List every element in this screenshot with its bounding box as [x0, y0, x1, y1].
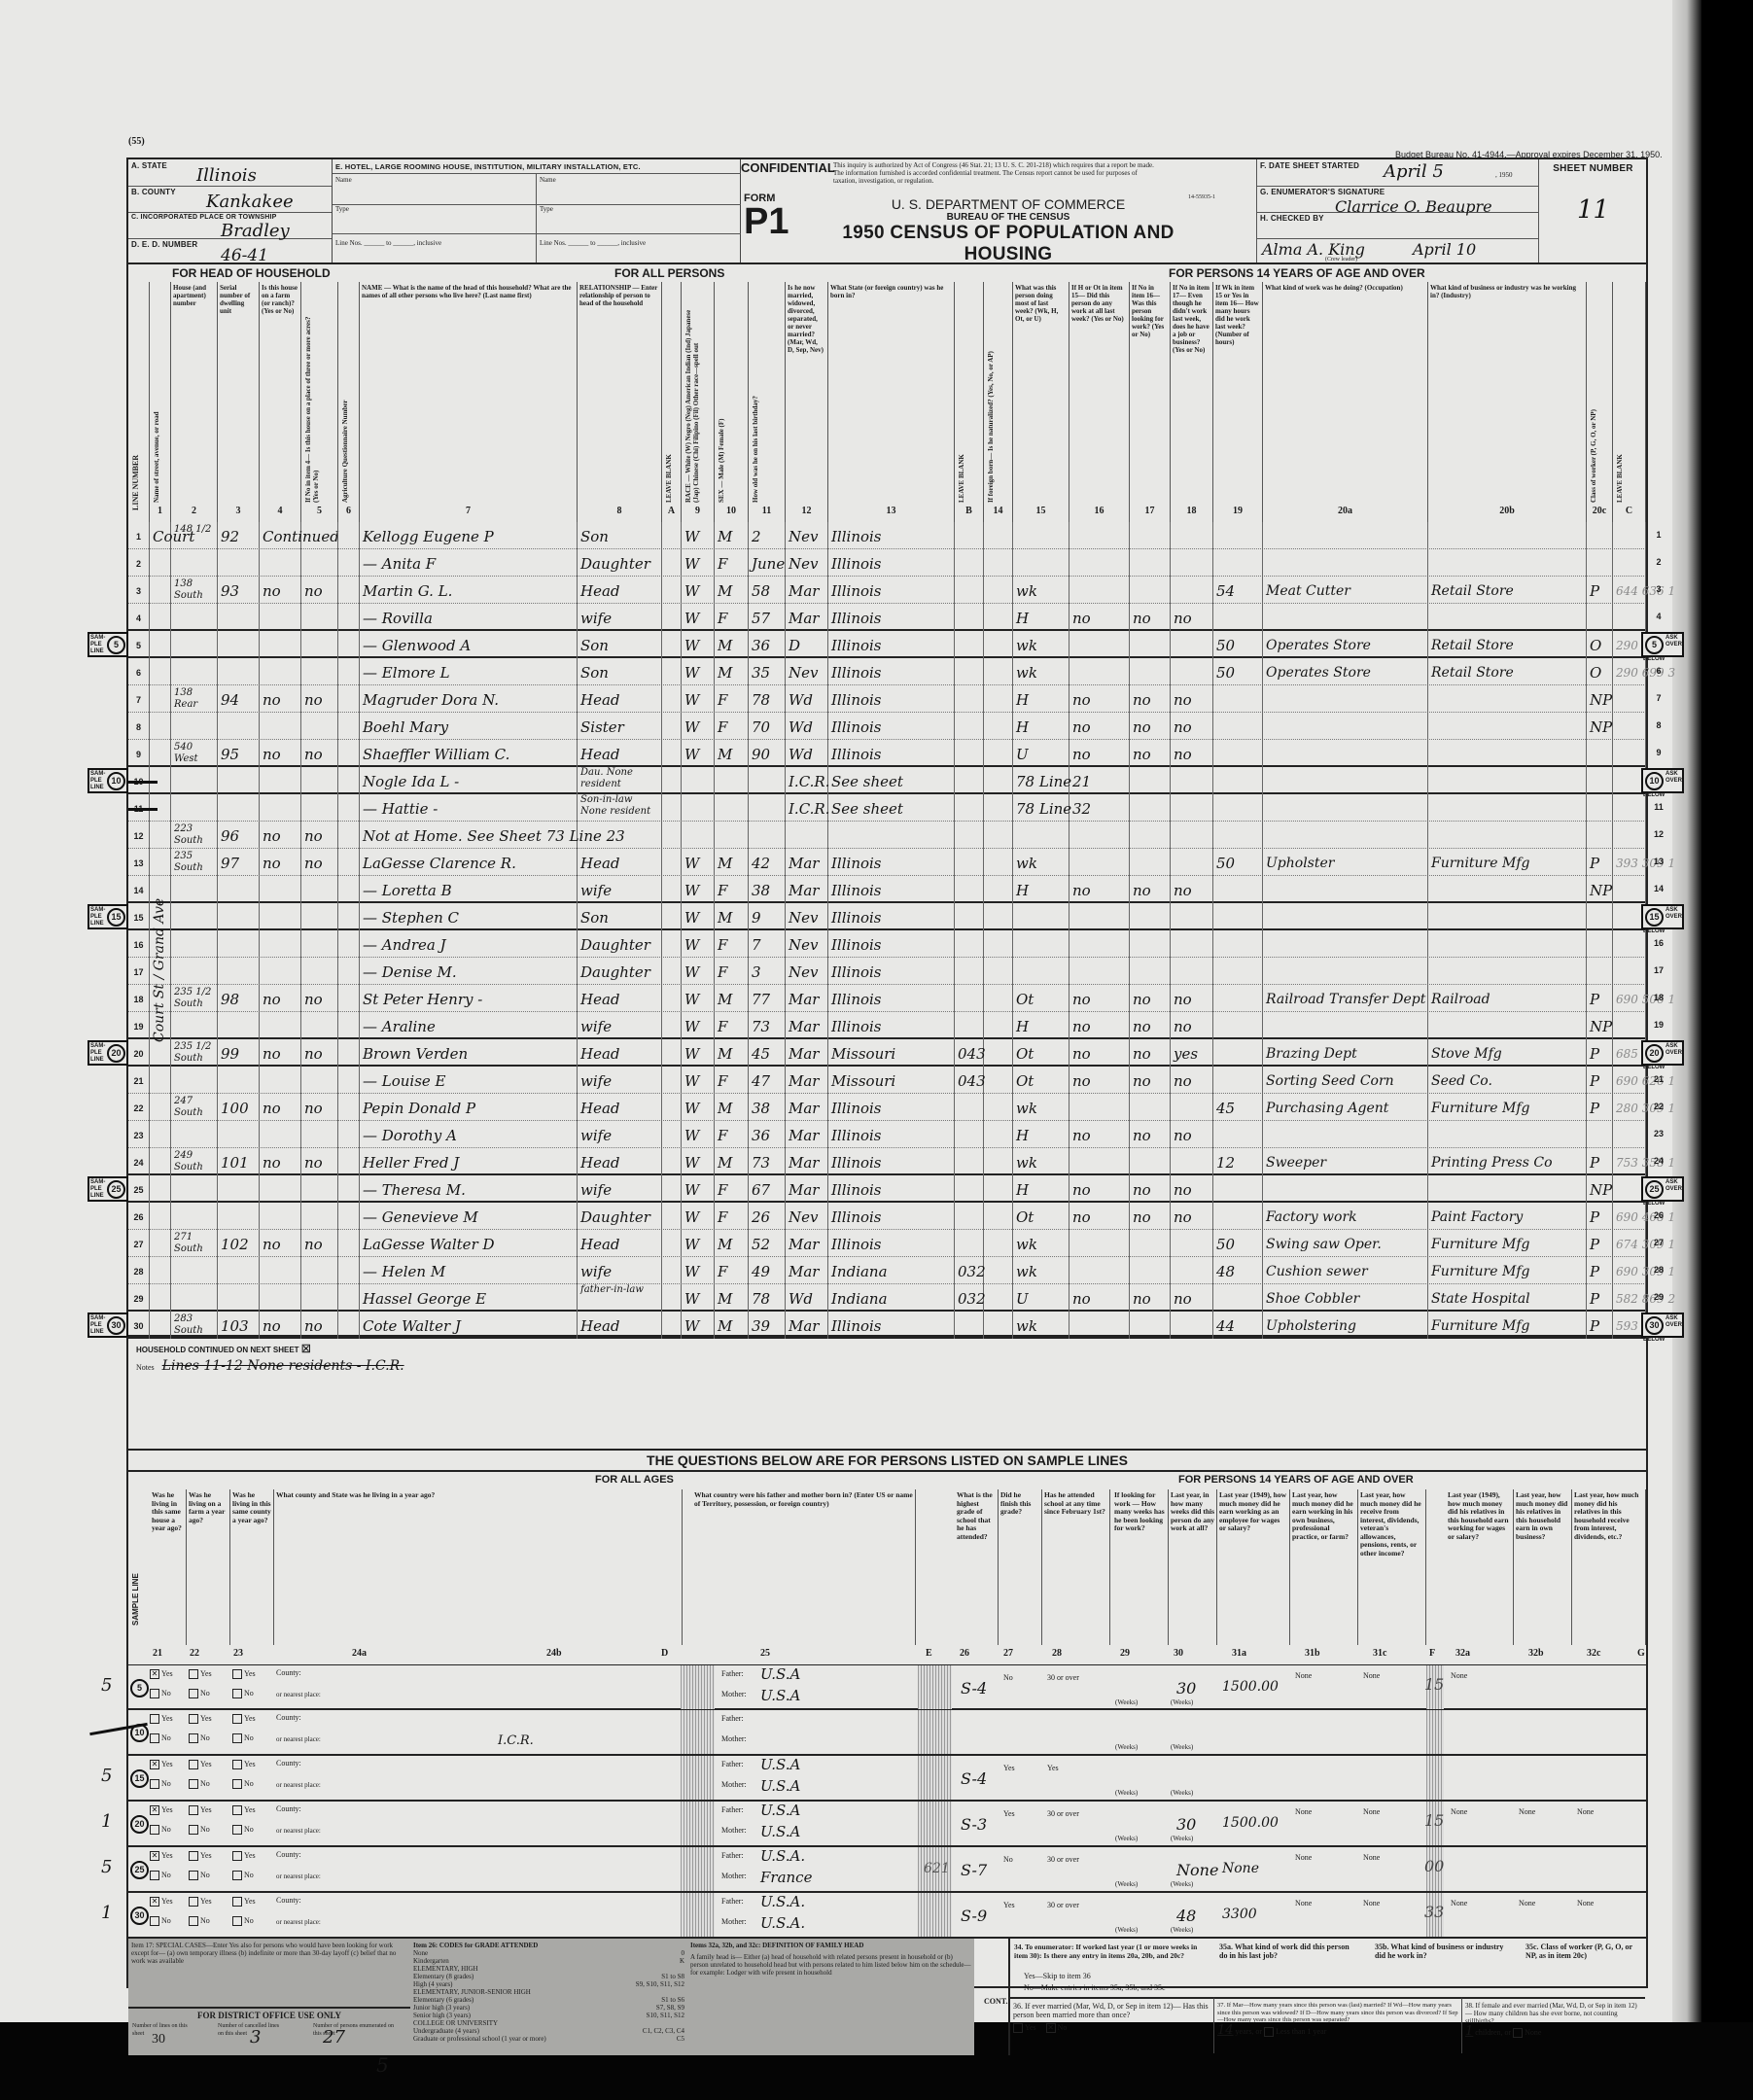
grade-code-label: High (4 years): [413, 1980, 452, 1988]
sample-line-tag-left: SAM-PLELINE30: [88, 1312, 128, 1338]
cell-c17: no: [1130, 1121, 1171, 1148]
cell-ind: Furniture Mfg: [1428, 1312, 1587, 1339]
cell-occ: [1263, 876, 1428, 903]
sample-line-circle: 10: [107, 772, 125, 790]
table-row: 22247 South100nonoPepin Donald PHeadWM38…: [128, 1094, 1646, 1121]
no-label: No: [200, 1779, 210, 1788]
q34-no[interactable]: No—Make entries in items 35a, 35b, and 3…: [1024, 1983, 1166, 1992]
checkbox[interactable]: [232, 1851, 242, 1861]
checkbox-no-c22[interactable]: No: [189, 1916, 210, 1926]
grade-code-row: ELEMENTARY, HIGH: [413, 1965, 684, 1973]
cell-A: [662, 577, 682, 604]
leave-blank-d-shade: [681, 1893, 715, 1937]
cell-age: [749, 767, 786, 794]
column-label: Is this house on a farm (or ranch)? (Yes…: [262, 284, 298, 315]
cell-c18: yes: [1171, 1039, 1213, 1067]
cell-c16: no: [1069, 1203, 1130, 1230]
cell-ind: [1428, 767, 1587, 794]
cell-b: [955, 713, 984, 740]
checkbox-yes-c23[interactable]: Yes: [232, 1714, 256, 1724]
grade-code-label: Senior high (3 years): [413, 2012, 471, 2019]
grade-value: S-9: [961, 1907, 987, 1925]
yes-label: Yes: [200, 1897, 212, 1906]
household-continued-label: HOUSEHOLD CONTINUED ON NEXT SHEET: [136, 1346, 299, 1354]
checkbox[interactable]: ✕: [150, 1669, 159, 1679]
col-header-ag: Agriculture Questionnaire Number6: [338, 282, 360, 522]
cell-c18: no: [1171, 1121, 1213, 1148]
date-label: f. DATE SHEET STARTED: [1260, 161, 1359, 170]
checkbox[interactable]: [150, 1871, 159, 1880]
income-other: None: [1363, 1671, 1380, 1680]
checkbox-no-c22[interactable]: No: [189, 1733, 210, 1743]
cell-race: W: [682, 631, 715, 658]
sample-line-circle: 5: [107, 636, 125, 654]
column-label: Name of street, avenue, or road: [153, 308, 160, 503]
cell-sex: F: [715, 685, 749, 713]
cell-A: [662, 767, 682, 794]
cell-A: [662, 903, 682, 930]
cell-c14: [984, 903, 1013, 930]
cell-sex: M: [715, 849, 749, 876]
cell-serial: [218, 1284, 260, 1312]
checkbox[interactable]: [189, 1760, 198, 1769]
cell-code: [1613, 549, 1646, 577]
checkbox-yes-c23[interactable]: Yes: [232, 1851, 256, 1861]
checkbox-yes-c23[interactable]: Yes: [232, 1760, 256, 1769]
q36-yes-checkbox[interactable]: [1013, 2023, 1023, 2033]
cell-sex: F: [715, 713, 749, 740]
cell-age: 70: [749, 713, 786, 740]
cell-c17: no: [1130, 713, 1171, 740]
cell-c15: wk: [1013, 631, 1069, 658]
cell-age: 7: [749, 930, 786, 958]
cell-c18: [1171, 658, 1213, 685]
column-number: C: [1613, 507, 1645, 515]
col-header-c19: If Wk in item 15 or Yes in item 16— How …: [1213, 282, 1263, 522]
cell-born: Illinois: [828, 1121, 955, 1148]
cell-c16: [1069, 577, 1130, 604]
q37-block: 37. If Mar—How many years since this per…: [1214, 1997, 1462, 2053]
cell-ag: [338, 658, 360, 685]
checkbox[interactable]: ✕: [150, 1851, 159, 1861]
cell-acres: [301, 794, 338, 822]
line-number: 9: [128, 740, 150, 767]
checkbox-no-c21[interactable]: No: [150, 1871, 171, 1880]
cell-marital: Mar: [786, 1121, 828, 1148]
checkbox[interactable]: [150, 1916, 159, 1926]
cell-c17: no: [1130, 604, 1171, 631]
checkbox-yes-c21[interactable]: ✕Yes: [150, 1897, 173, 1907]
cell-code: [1613, 1121, 1646, 1148]
father-country: U.S.A: [760, 1756, 800, 1773]
cell-born: Illinois: [828, 1203, 955, 1230]
checkbox[interactable]: [150, 1689, 159, 1698]
checkbox-yes-c21[interactable]: ✕Yes: [150, 1760, 173, 1769]
lower-col-number: 21: [153, 1648, 162, 1659]
cell-house: [171, 767, 218, 794]
checkbox-no-c22[interactable]: No: [189, 1779, 210, 1789]
cell-c16: no: [1069, 1175, 1130, 1203]
checkbox-no-c21[interactable]: No: [150, 1825, 171, 1835]
cell-street: [150, 1230, 171, 1257]
mother-label: Mother:: [721, 1917, 747, 1926]
checkbox[interactable]: [232, 1669, 242, 1679]
cell-c18: no: [1171, 876, 1213, 903]
cell-c16: 21: [1069, 767, 1130, 794]
column-number: 4: [260, 507, 300, 515]
checkbox[interactable]: [189, 1733, 198, 1743]
checkbox-yes-c21[interactable]: Yes: [150, 1714, 173, 1724]
grade-code-value: S10, S11, S12: [647, 2012, 684, 2019]
cell-c19: 48: [1213, 1257, 1263, 1284]
checkbox[interactable]: [150, 1779, 159, 1789]
checkbox-yes-c22[interactable]: Yes: [189, 1897, 212, 1907]
cell-cls: [1587, 767, 1613, 794]
institution-block: e. HOTEL, LARGE ROOMING HOUSE, INSTITUTI…: [333, 159, 741, 264]
cell-c16: no: [1069, 1012, 1130, 1039]
cell-c16: [1069, 631, 1130, 658]
checkbox[interactable]: [232, 1871, 242, 1880]
checkbox-no-c23[interactable]: No: [232, 1689, 254, 1698]
checkbox-no-c23[interactable]: No: [232, 1825, 254, 1835]
checkbox[interactable]: [232, 1760, 242, 1769]
sample-line-circle: 30: [130, 1907, 149, 1925]
checkbox[interactable]: [232, 1897, 242, 1907]
cell-name: Heller Fred J: [360, 1148, 578, 1175]
mother-country: France: [760, 1869, 812, 1886]
cell-c14: [984, 822, 1013, 849]
cell-c15: H: [1013, 1121, 1069, 1148]
checkbox[interactable]: [232, 1714, 242, 1724]
sample-lines-section: THE QUESTIONS BELOW ARE FOR PERSONS LIST…: [126, 1449, 1648, 1988]
cell-c14: [984, 577, 1013, 604]
checkbox[interactable]: ✕: [150, 1805, 159, 1815]
cell-sex: [715, 767, 749, 794]
cell-c19: 50: [1213, 1230, 1263, 1257]
checkbox-no-c23[interactable]: No: [232, 1916, 254, 1926]
cell-c15: [1013, 930, 1069, 958]
cell-c17: [1130, 1257, 1171, 1284]
cell-acres: [301, 658, 338, 685]
cell-c14: [984, 1067, 1013, 1094]
cell-house: 148 1/2: [171, 522, 218, 549]
column-label: What was this person doing most of last …: [1015, 284, 1067, 323]
cell-rel: Daughter: [578, 930, 662, 958]
cell-code: 690 506 1: [1613, 985, 1646, 1012]
cell-acres: no: [301, 985, 338, 1012]
cell-c17: [1130, 549, 1171, 577]
cell-c17: [1130, 522, 1171, 549]
cell-code: 753 358 1: [1613, 1148, 1646, 1175]
table-row: 29Hassel George Efather-in-lawWM78WdIndi…: [128, 1284, 1646, 1312]
cell-c16: [1069, 1312, 1130, 1339]
cell-house: [171, 1203, 218, 1230]
cell-c17: no: [1130, 1284, 1171, 1312]
checkbox[interactable]: [232, 1805, 242, 1815]
cell-rel: father-in-law: [578, 1284, 662, 1312]
checkbox-yes-c21[interactable]: ✕Yes: [150, 1805, 173, 1815]
household-continued-checkbox[interactable]: ☒: [301, 1344, 311, 1355]
cell-serial: 103: [218, 1312, 260, 1339]
cell-b: [955, 876, 984, 903]
grade-code-label: Junior high (3 years): [413, 2004, 470, 2012]
checkbox[interactable]: [150, 1714, 159, 1724]
cell-serial: 95: [218, 740, 260, 767]
cell-race: W: [682, 1148, 715, 1175]
cell-c18: [1171, 549, 1213, 577]
cell-rel: Head: [578, 1039, 662, 1067]
q37-answer: 14 years, or Less than 1 year: [1217, 2027, 1458, 2037]
sample-line-circle: 15: [107, 908, 125, 927]
cell-c15: H: [1013, 1175, 1069, 1203]
cell-ind: [1428, 1012, 1587, 1039]
cell-cls: [1587, 604, 1613, 631]
cell-cls: [1587, 822, 1613, 849]
cell-ind: Railroad: [1428, 985, 1587, 1012]
cell-age: 3: [749, 958, 786, 985]
cell-b: [955, 822, 984, 849]
mother-country: U.S.A: [760, 1687, 800, 1704]
cell-c17: [1130, 822, 1171, 849]
q36-answers: Yes ✕No: [1013, 2023, 1210, 2033]
income-other: None: [1363, 1853, 1380, 1862]
checkbox-yes-c23[interactable]: Yes: [232, 1669, 256, 1679]
attended-school: 30 or over: [1047, 1855, 1079, 1864]
cell-c14: [984, 1312, 1013, 1339]
cell-born: Illinois: [828, 985, 955, 1012]
checkbox[interactable]: [189, 1897, 198, 1907]
checkbox[interactable]: [189, 1689, 198, 1698]
sample-line-circle: 25: [1645, 1180, 1664, 1199]
checkbox[interactable]: [232, 1825, 242, 1835]
cell-c19: [1213, 1121, 1263, 1148]
checkbox-yes-c21[interactable]: ✕Yes: [150, 1851, 173, 1861]
cell-code: 690 468 1: [1613, 1203, 1646, 1230]
checkbox-yes-c23[interactable]: Yes: [232, 1897, 256, 1907]
checkbox[interactable]: [189, 1779, 198, 1789]
cell-race: W: [682, 658, 715, 685]
cell-c18: [1171, 958, 1213, 985]
checkbox[interactable]: [232, 1779, 242, 1789]
cell-acres: [301, 1067, 338, 1094]
notes-field: Notes Lines 11-12 None residents - I.C.R…: [136, 1358, 404, 1374]
cell-rel: Head: [578, 985, 662, 1012]
cell-farm: [260, 1067, 301, 1094]
cell-house: [171, 930, 218, 958]
cell-farm: [260, 1203, 301, 1230]
cell-c19: [1213, 713, 1263, 740]
cell-c19: [1213, 903, 1263, 930]
right-line-number: 6: [1649, 666, 1668, 676]
cell-b: 032: [955, 1257, 984, 1284]
checkbox-yes-c22[interactable]: Yes: [189, 1760, 212, 1769]
q37-less-checkbox[interactable]: [1264, 2027, 1274, 2037]
checkbox-yes-c21[interactable]: ✕Yes: [150, 1669, 173, 1679]
cell-c14: [984, 1121, 1013, 1148]
cell-c17: no: [1130, 740, 1171, 767]
table-row: 20235 1/2 South99nonoBrown VerdenHeadWM4…: [128, 1039, 1646, 1067]
cell-sex: M: [715, 985, 749, 1012]
leave-blank-d-shade: [681, 1710, 715, 1754]
checkbox-no-c21[interactable]: No: [150, 1689, 171, 1698]
cell-c15: U: [1013, 740, 1069, 767]
q34-yes[interactable]: Yes—Skip to item 36: [1024, 1972, 1091, 1980]
checkbox[interactable]: [189, 1825, 198, 1835]
checkbox-yes-c22[interactable]: Yes: [189, 1851, 212, 1861]
cell-c19: [1213, 822, 1263, 849]
cell-sex: F: [715, 876, 749, 903]
checkbox[interactable]: ✕: [150, 1897, 159, 1907]
cell-b: [955, 767, 984, 794]
cell-born: Illinois: [828, 1312, 955, 1339]
cell-c19: [1213, 522, 1263, 549]
lower-col-header-c30: Last year, in how many weeks did this pe…: [1169, 1489, 1217, 1645]
cell-age: 38: [749, 876, 786, 903]
cell-marital: Nev: [786, 658, 828, 685]
right-line-number: 12: [1649, 829, 1668, 839]
cell-c14: [984, 1039, 1013, 1067]
grade-code-row: Graduate or professional school (1 year …: [413, 2035, 684, 2043]
cell-born: Illinois: [828, 713, 955, 740]
department-name: U. S. DEPARTMENT OF COMMERCE: [799, 196, 1217, 212]
cell-A: [662, 1012, 682, 1039]
checkbox-no-c21[interactable]: No: [150, 1779, 171, 1789]
grade-code-label: ELEMENTARY, JUNIOR-SENIOR HIGH: [413, 1988, 531, 1996]
cell-race: W: [682, 1175, 715, 1203]
cell-occ: [1263, 958, 1428, 985]
cell-farm: Continued: [260, 522, 301, 549]
income-business: None: [1295, 1899, 1312, 1907]
checkbox[interactable]: [189, 1714, 198, 1724]
line-number: 25: [128, 1175, 150, 1203]
cell-c17: no: [1130, 685, 1171, 713]
cell-occ: [1263, 794, 1428, 822]
cell-name: LaGesse Clarence R.: [360, 849, 578, 876]
q36-no-checkbox[interactable]: ✕: [1046, 2023, 1056, 2033]
cell-age: 2: [749, 522, 786, 549]
cell-name: Cote Walter J: [360, 1312, 578, 1339]
checkbox[interactable]: [189, 1669, 198, 1679]
margin-tally: 1: [101, 1903, 112, 1923]
mother-label: Mother:: [721, 1872, 747, 1880]
cell-c17: no: [1130, 1203, 1171, 1230]
cell-farm: [260, 549, 301, 577]
cell-code: 582 869 2: [1613, 1284, 1646, 1312]
checkbox-no-c22[interactable]: No: [189, 1689, 210, 1698]
cell-b: [955, 985, 984, 1012]
cell-farm: no: [260, 1148, 301, 1175]
checkbox-no-c23[interactable]: No: [232, 1779, 254, 1789]
nearest-place-label: or nearest place:: [276, 1827, 325, 1835]
grade-code-row: ELEMENTARY, JUNIOR-SENIOR HIGH: [413, 1988, 684, 1996]
sample-line-circle: 15: [130, 1769, 149, 1788]
table-row: 25— Theresa M.wifeWF67MarIllinoisHnonono…: [128, 1175, 1646, 1203]
cell-ag: [338, 1039, 360, 1067]
weeks-worked: 30: [1176, 1815, 1196, 1834]
cell-farm: [260, 1284, 301, 1312]
no-label: No: [161, 1733, 171, 1742]
checkbox-no-c22[interactable]: No: [189, 1871, 210, 1880]
cell-occ: Cushion sewer: [1263, 1257, 1428, 1284]
checkbox-no-c21[interactable]: No: [150, 1733, 171, 1743]
cell-c15: Ot: [1013, 1039, 1069, 1067]
checkbox-no-c23[interactable]: No: [232, 1733, 254, 1743]
no-label: No: [244, 1916, 254, 1925]
q38-none-checkbox[interactable]: [1513, 2028, 1523, 2038]
lower-col-number: 32b: [1528, 1648, 1544, 1659]
line-number: 1: [128, 522, 150, 549]
cell-race: W: [682, 577, 715, 604]
q38-children-value: 1: [1465, 2024, 1473, 2039]
checkbox[interactable]: [189, 1851, 198, 1861]
cell-cls: P: [1587, 577, 1613, 604]
cell-occ: Upholstering: [1263, 1312, 1428, 1339]
column-label: If Wk in item 15 or Yes in item 16— How …: [1215, 284, 1260, 346]
cell-A: [662, 794, 682, 822]
cell-c16: [1069, 849, 1130, 876]
yes-label: Yes: [161, 1714, 173, 1723]
checkbox[interactable]: [150, 1825, 159, 1835]
checkbox-no-c23[interactable]: No: [232, 1871, 254, 1880]
checkbox-no-c22[interactable]: No: [189, 1825, 210, 1835]
checkbox-yes-c22[interactable]: Yes: [189, 1669, 212, 1679]
cell-acres: [301, 930, 338, 958]
checkbox-yes-c22[interactable]: Yes: [189, 1805, 212, 1815]
father-label: Father:: [721, 1714, 744, 1723]
cell-serial: [218, 604, 260, 631]
right-line-number: 7: [1649, 693, 1668, 703]
checkbox[interactable]: [232, 1689, 242, 1698]
cell-c14: [984, 522, 1013, 549]
cell-rel: Son: [578, 903, 662, 930]
leave-blank-e-shade: [918, 1710, 952, 1754]
lower-col-number: D: [661, 1648, 668, 1659]
column-label: If No in item 17— Even though he didn't …: [1173, 284, 1210, 354]
checkbox-yes-c22[interactable]: Yes: [189, 1714, 212, 1724]
checkbox[interactable]: [189, 1916, 198, 1926]
cell-c18: [1171, 767, 1213, 794]
cell-c16: no: [1069, 685, 1130, 713]
checkbox[interactable]: [150, 1733, 159, 1743]
checkbox-yes-c23[interactable]: Yes: [232, 1805, 256, 1815]
checkbox[interactable]: [189, 1805, 198, 1815]
column-number: 8: [578, 507, 661, 515]
cell-c16: [1069, 522, 1130, 549]
col-header-c15: What was this person doing most of last …: [1013, 282, 1069, 522]
grade-code-row: Elementary (6 grades)S1 to S6: [413, 1996, 684, 2004]
cell-house: [171, 1284, 218, 1312]
cell-c16: [1069, 1257, 1130, 1284]
checkbox-no-c21[interactable]: No: [150, 1916, 171, 1926]
cell-marital: [786, 822, 828, 849]
page-marker: (55): [128, 136, 145, 147]
cell-ind: Furniture Mfg: [1428, 849, 1587, 876]
checkbox[interactable]: [189, 1871, 198, 1880]
col-header-cls: Class of worker (P, G, O, or NP)20c: [1587, 282, 1613, 522]
cell-cls: NP: [1587, 1012, 1613, 1039]
cell-cls: O: [1587, 658, 1613, 685]
checkbox[interactable]: [232, 1916, 242, 1926]
line-number: 6: [128, 658, 150, 685]
cell-farm: [260, 903, 301, 930]
district-office-box: FOR DISTRICT OFFICE USE ONLYNumber of li…: [128, 2007, 410, 2055]
cell-street: [150, 1039, 171, 1067]
cell-rel: Daughter: [578, 958, 662, 985]
line-number: 24: [128, 1148, 150, 1175]
checkbox[interactable]: [232, 1733, 242, 1743]
cell-house: [171, 658, 218, 685]
checkbox[interactable]: ✕: [150, 1760, 159, 1769]
